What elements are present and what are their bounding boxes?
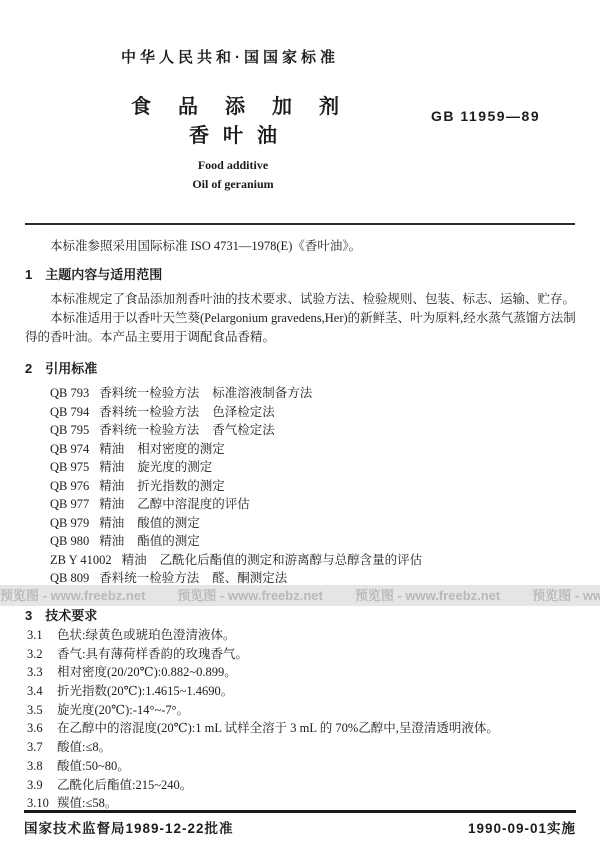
reference-item: QB 976精油折光指数的测定 <box>50 477 422 496</box>
watermark-text: 预览图 - www.freebz.net <box>532 588 600 603</box>
reference-category: 香料统一检验方法 <box>99 405 199 419</box>
document-title-cn-line1: 食品添加剂 <box>131 90 366 119</box>
requirement-text: 乙酰化后酯值:215~240。 <box>57 778 192 792</box>
reference-category: 香料统一检验方法 <box>99 386 199 400</box>
reference-code: QB 809 <box>50 571 89 585</box>
requirement-number: 3.8 <box>27 757 57 776</box>
requirement-item: 3.8酸值:50~80。 <box>27 757 499 776</box>
requirement-text: 羰值:≤58。 <box>57 796 117 810</box>
section-1-paragraph-1: 本标准规定了食品添加剂香叶油的技术要求、试验方法、检验规则、包装、标志、运输、贮… <box>25 290 577 309</box>
reference-item: QB 975精油旋光度的测定 <box>50 458 422 477</box>
section-3-number: 3 <box>25 608 32 623</box>
section-2-heading: 2引用标准 <box>25 358 97 377</box>
standard-document-page: 中华人民共和·国国家标准 食品添加剂 香叶油 GB 11959—89 Food … <box>0 0 600 868</box>
requirement-item: 3.3相对密度(20/20℃):0.882~0.899。 <box>27 663 499 682</box>
reference-category: 香料统一检验方法 <box>99 571 199 585</box>
requirement-number: 3.3 <box>27 663 57 682</box>
reference-code: QB 794 <box>50 405 89 419</box>
standard-code: GB 11959—89 <box>431 108 540 124</box>
requirement-text: 折光指数(20℃):1.4615~1.4690。 <box>57 684 233 698</box>
reference-code: QB 974 <box>50 442 89 456</box>
document-title-en-line1: Food additive <box>0 158 466 173</box>
reference-name: 乙酰化后酯值的测定和游离醇与总醇含量的评估 <box>160 553 423 567</box>
reference-name: 标准溶液制备方法 <box>212 386 312 400</box>
requirement-text: 酸值:50~80。 <box>57 759 130 773</box>
requirement-item: 3.9乙酰化后酯值:215~240。 <box>27 776 499 795</box>
section-1-heading: 1主题内容与适用范围 <box>25 264 162 283</box>
reference-name: 酯值的测定 <box>137 534 200 548</box>
reference-name: 醛、酮测定法 <box>212 571 287 585</box>
reference-item: ZB Y 41002精油乙酰化后酯值的测定和游离醇与总醇含量的评估 <box>50 551 422 570</box>
reference-name: 折光指数的测定 <box>137 479 225 493</box>
requirement-item: 3.6在乙醇中的溶混度(20℃):1 mL 试样全溶于 3 mL 的 70%乙醇… <box>27 719 499 738</box>
reference-name: 乙醇中溶混度的评估 <box>137 497 250 511</box>
reference-category: 精油 <box>99 516 124 530</box>
reference-item: QB 980精油酯值的测定 <box>50 532 422 551</box>
reference-category: 精油 <box>99 534 124 548</box>
requirement-item: 3.1色状:绿黄色或琥珀色澄清液体。 <box>27 626 499 645</box>
reference-category: 精油 <box>99 497 124 511</box>
watermark-text: 预览图 - www.freebz.net <box>355 588 500 603</box>
requirement-number: 3.5 <box>27 701 57 720</box>
reference-name: 香气检定法 <box>212 423 275 437</box>
reference-category: 香料统一检验方法 <box>99 423 199 437</box>
technical-requirements-list: 3.1色状:绿黄色或琥珀色澄清液体。 3.2香气:具有薄荷样香韵的玫瑰香气。 3… <box>27 626 499 813</box>
requirement-number: 3.7 <box>27 738 57 757</box>
reference-code: QB 979 <box>50 516 89 530</box>
reference-name: 酸值的测定 <box>137 516 200 530</box>
watermark-text: 预览图 - www.freebz.net <box>177 588 322 603</box>
section-2-title: 引用标准 <box>45 361 97 376</box>
requirement-item: 3.5旋光度(20℃):-14°~-7°。 <box>27 701 499 720</box>
reference-code: QB 975 <box>50 460 89 474</box>
reference-code: QB 976 <box>50 479 89 493</box>
footer-divider <box>24 810 576 813</box>
requirement-item: 3.7酸值:≤8。 <box>27 738 499 757</box>
requirement-number: 3.1 <box>27 626 57 645</box>
requirement-number: 3.6 <box>27 719 57 738</box>
requirement-item: 3.4折光指数(20℃):1.4615~1.4690。 <box>27 682 499 701</box>
requirement-text: 相对密度(20/20℃):0.882~0.899。 <box>57 665 237 679</box>
reference-item: QB 979精油酸值的测定 <box>50 514 422 533</box>
reference-item: QB 793香料统一检验方法标准溶液制备方法 <box>50 384 422 403</box>
approval-statement: 国家技术监督局1989-12-22批准 <box>24 817 234 837</box>
reference-item: QB 974精油相对密度的测定 <box>50 440 422 459</box>
reference-code: QB 980 <box>50 534 89 548</box>
reference-name: 旋光度的测定 <box>137 460 212 474</box>
requirement-text: 色状:绿黄色或琥珀色澄清液体。 <box>57 628 235 642</box>
reference-name: 色泽检定法 <box>212 405 275 419</box>
requirement-number: 3.2 <box>27 645 57 664</box>
requirement-text: 在乙醇中的溶混度(20℃):1 mL 试样全溶于 3 mL 的 70%乙醇中,呈… <box>57 721 499 735</box>
watermark-band: 预览图 - www.freebz.net预览图 - www.freebz.net… <box>0 585 600 606</box>
implementation-date: 1990-09-01实施 <box>468 817 576 837</box>
reference-name: 相对密度的测定 <box>137 442 225 456</box>
reference-code: ZB Y 41002 <box>50 553 112 567</box>
reference-category: 精油 <box>122 553 147 567</box>
document-title-en-line2: Oil of geranium <box>0 177 466 192</box>
header-divider <box>25 223 575 225</box>
national-standard-label: 中华人民共和·国国家标准 <box>121 46 339 67</box>
section-1-title: 主题内容与适用范围 <box>45 267 162 282</box>
section-3-heading: 3技术要求 <box>25 605 97 624</box>
reference-code: QB 977 <box>50 497 89 511</box>
document-title-cn-line2: 香叶油 <box>189 119 291 148</box>
requirement-text: 旋光度(20℃):-14°~-7°。 <box>57 703 189 717</box>
reference-item: QB 977精油乙醇中溶混度的评估 <box>50 495 422 514</box>
section-1-number: 1 <box>25 267 32 282</box>
reference-category: 精油 <box>99 479 124 493</box>
reference-item: QB 794香料统一检验方法色泽检定法 <box>50 403 422 422</box>
reference-category: 精油 <box>99 442 124 456</box>
intro-paragraph: 本标准参照采用国际标准 ISO 4731—1978(E)《香叶油》。 <box>25 237 577 256</box>
requirement-text: 酸值:≤8。 <box>57 740 111 754</box>
reference-code: QB 795 <box>50 423 89 437</box>
reference-standards-list: QB 793香料统一检验方法标准溶液制备方法 QB 794香料统一检验方法色泽检… <box>50 384 422 588</box>
section-2-number: 2 <box>25 361 32 376</box>
requirement-number: 3.4 <box>27 682 57 701</box>
requirement-item: 3.2香气:具有薄荷样香韵的玫瑰香气。 <box>27 645 499 664</box>
reference-category: 精油 <box>99 460 124 474</box>
requirement-number: 3.9 <box>27 776 57 795</box>
section-3-title: 技术要求 <box>45 608 97 623</box>
footer: 国家技术监督局1989-12-22批准 1990-09-01实施 <box>24 817 576 837</box>
section-1-paragraph-2: 本标准适用于以香叶天竺葵(Pelargonium gravedens,Her)的… <box>25 309 579 346</box>
requirement-text: 香气:具有薄荷样香韵的玫瑰香气。 <box>57 647 248 661</box>
reference-code: QB 793 <box>50 386 89 400</box>
reference-item: QB 795香料统一检验方法香气检定法 <box>50 421 422 440</box>
watermark-text: 预览图 - www.freebz.net <box>0 588 145 603</box>
